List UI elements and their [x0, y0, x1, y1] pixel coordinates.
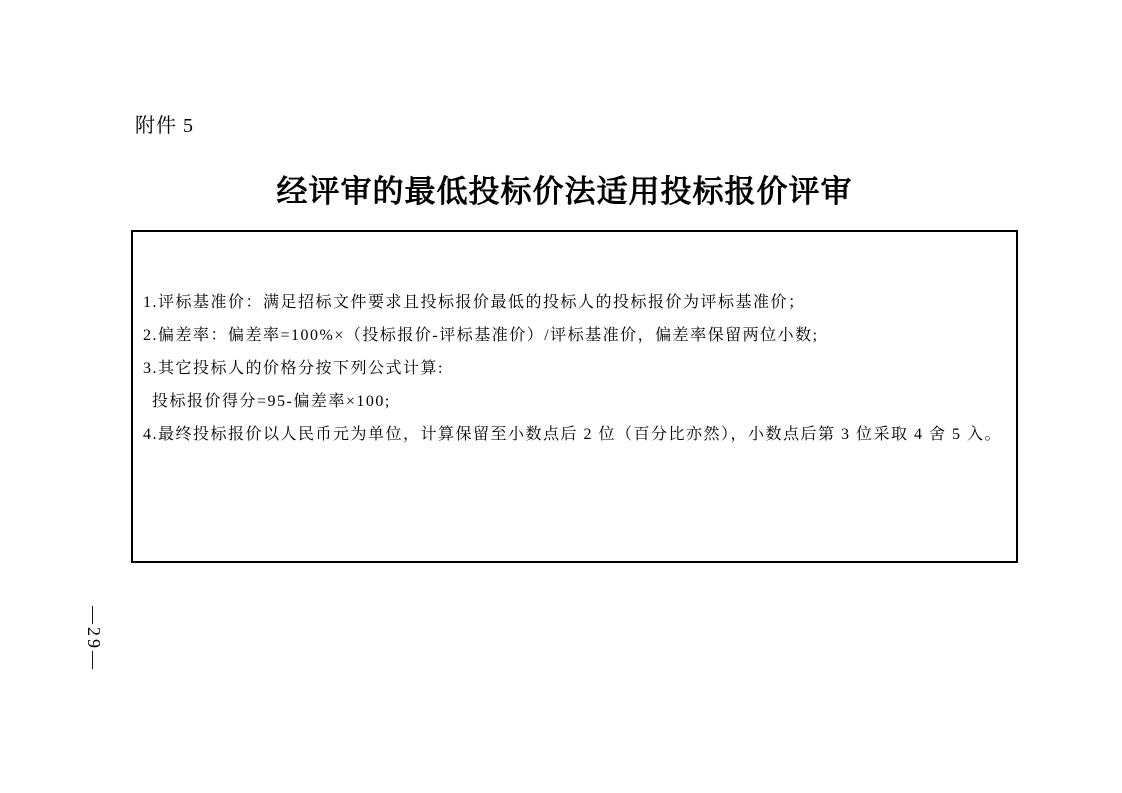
- box-line-final-price-rule: 4.最终投标报价以人民币元为单位，计算保留至小数点后 2 位（百分比亦然），小数…: [143, 418, 1008, 451]
- box-line-deviation-rate: 2.偏差率：偏差率=100%×（投标报价-评标基准价）/评标基准价，偏差率保留两…: [143, 319, 1008, 352]
- content-box: 1.评标基准价：满足招标文件要求且投标报价最低的投标人的投标报价为评标基准价； …: [131, 230, 1018, 563]
- document-page: 附件 5 经评审的最低投标价法适用投标报价评审 1.评标基准价：满足招标文件要求…: [0, 0, 1122, 793]
- box-line-benchmark-price: 1.评标基准价：满足招标文件要求且投标报价最低的投标人的投标报价为评标基准价；: [143, 286, 1008, 319]
- page-number: —29—: [83, 606, 104, 672]
- box-line-other-bidders: 3.其它投标人的价格分按下列公式计算:: [143, 352, 1008, 385]
- page-title: 经评审的最低投标价法适用投标报价评审: [131, 166, 998, 211]
- box-line-score-formula: 投标报价得分=95-偏差率×100;: [143, 385, 1008, 418]
- attachment-label: 附件 5: [135, 109, 194, 138]
